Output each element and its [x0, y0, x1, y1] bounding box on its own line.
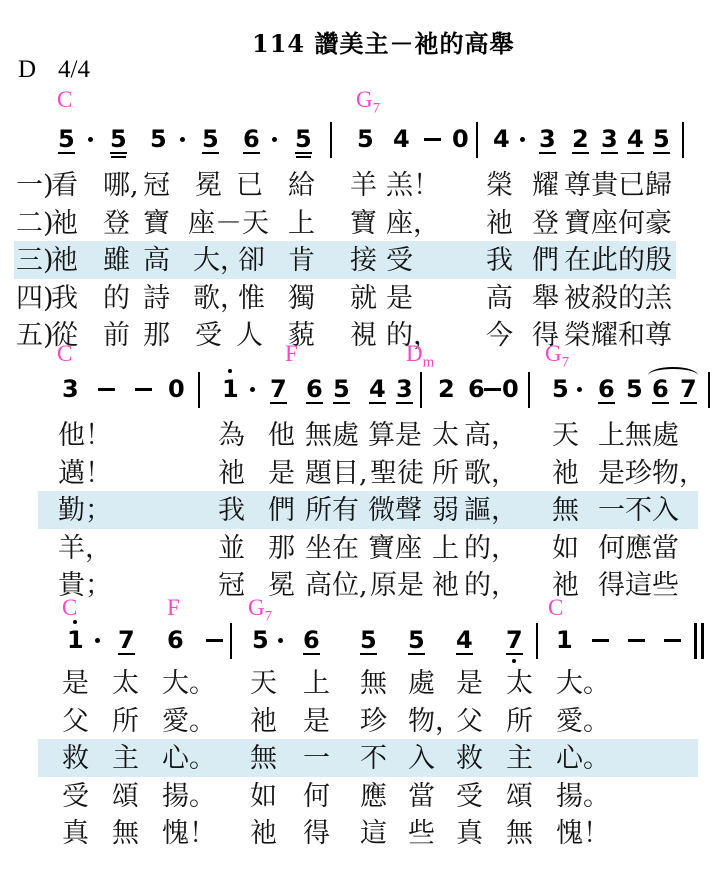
chord-symbol: Dm [406, 342, 434, 375]
lyric-segment: 冕 [195, 170, 222, 201]
lyric-segment: 大。 [162, 668, 216, 699]
note: 1 [556, 627, 573, 653]
lyric-segment: 父 [62, 706, 89, 737]
lyric-segment: 座， [386, 208, 440, 239]
lyric-segment: 是 [268, 458, 295, 489]
lyric-segment: 那 [268, 533, 295, 564]
lyric-segment: 耀 [532, 170, 559, 201]
duration-dash [424, 138, 441, 141]
lyric-segment: 無 [360, 668, 387, 699]
lyric-segment: 看 [51, 170, 78, 201]
chord-symbol: C [548, 596, 563, 620]
lyric-segment: 高 [486, 283, 513, 314]
lyric-segment: 主 [112, 743, 139, 774]
lyric-segment: 所有 [305, 495, 359, 526]
lyric-segment: 祂 [250, 706, 277, 737]
bar-line [198, 372, 200, 408]
lyric-segment: 雖 [103, 245, 130, 276]
lyric-segment: 無 [506, 818, 533, 849]
note: 6 [167, 627, 184, 653]
lyric-segment: 祂 [432, 570, 459, 601]
lyric-segment: 救 [456, 743, 483, 774]
bar-line [420, 372, 422, 408]
lyric-segment: 為 [218, 420, 245, 451]
lyric-row: 受頌揚。如何應當受頌揚。 [0, 778, 725, 815]
lyric-segment: 頌 [506, 781, 533, 812]
time-signature: 4/4 [58, 56, 90, 84]
lyric-segment: 是 [303, 706, 330, 737]
lyric-segment: 祂 [250, 818, 277, 849]
lyric-row: 四)我的詩歌，惟獨就是高舉被殺的羔 [0, 280, 725, 317]
lyric-row: 貴；冠冕高位,原是祂的，祂得這些 [0, 567, 725, 604]
lyric-segment: 邁！ [58, 458, 112, 489]
note: 5 [333, 376, 350, 404]
lyric-segment: 榮 [486, 170, 513, 201]
note: 7 [270, 376, 287, 404]
lyric-segment: 上無處 [598, 420, 679, 451]
lyric-segment: 真 [456, 818, 483, 849]
duration-dot [95, 638, 100, 643]
lyric-segment: 的 [103, 283, 130, 314]
lyric-segment: 真 [62, 818, 89, 849]
lyric-segment: 寶 [143, 208, 170, 239]
lyric-segment: 無 [250, 743, 277, 774]
lyric-segment: 們 [268, 495, 295, 526]
chord-symbol: G7 [356, 88, 380, 121]
lyric-segment: 得 [303, 818, 330, 849]
lyric-segment: 一) [16, 170, 54, 201]
note: 5 [653, 126, 670, 154]
lyric-segment: 一 [303, 743, 330, 774]
lyric-segment: 歌， [464, 458, 518, 489]
duration-dot [88, 137, 93, 142]
lyric-segment: 愧！ [162, 818, 216, 849]
lyric-segment: 已 [236, 170, 263, 201]
lyric-segment: 接 [350, 245, 377, 276]
chord-symbol: F [285, 342, 298, 366]
lyric-segment: 高， [464, 420, 518, 451]
bar-line [476, 122, 478, 158]
lyric-segment: 並 [218, 533, 245, 564]
bar-line [230, 623, 232, 659]
bar-line [682, 122, 684, 158]
lyric-segment: 無 [552, 495, 579, 526]
note: 4 [369, 376, 386, 404]
lyric-segment: 詩 [143, 283, 170, 314]
chord-subscript: 7 [373, 101, 381, 117]
lyric-segment: 入 [408, 743, 435, 774]
lyric-segment: 受 [456, 781, 483, 812]
note: 5 [357, 126, 374, 152]
note: 5 [110, 126, 127, 154]
lyric-segment: 坐在 [305, 533, 359, 564]
lyric-segment: 所 [112, 706, 139, 737]
note: 5 [202, 126, 219, 154]
key-signature: D [18, 56, 36, 84]
lyric-segment: 肯 [288, 245, 315, 276]
lyric-segment: 他 [268, 420, 295, 451]
note: 0 [452, 126, 469, 152]
chord-symbol: C [57, 342, 72, 366]
lyric-segment: 那 [143, 320, 170, 351]
lyric-segment: 座－天 [188, 208, 269, 239]
lyric-segment: 四) [16, 283, 54, 314]
lyric-segment: 上 [432, 533, 459, 564]
lyric-segment: 們 [532, 245, 559, 276]
note: 5 [360, 627, 377, 655]
lyric-segment: 救 [62, 743, 89, 774]
lyric-segment: 惟 [238, 283, 265, 314]
lyric-segment: 哪, [103, 170, 139, 201]
lyric-segment: 愛。 [162, 706, 216, 737]
note: 5 [626, 376, 643, 402]
lyric-row: 二)祂登寶座－天上寶座，祂登寶座何豪 [0, 205, 725, 242]
lyric-segment: 高位, [305, 570, 368, 601]
lyric-segment: 的， [464, 570, 518, 601]
lyric-segment: 冠 [218, 570, 245, 601]
note: 2 [438, 376, 455, 402]
lyric-segment: 祂 [552, 458, 579, 489]
lyric-segment: 五) [16, 320, 54, 351]
lyric-segment: 給 [288, 170, 315, 201]
note: 3 [539, 126, 556, 154]
bar-line [536, 623, 538, 659]
note: 7 [506, 627, 523, 655]
chord-subscript: m [423, 355, 435, 371]
lyric-segment: 原是 [370, 570, 424, 601]
note: 5 [295, 126, 312, 154]
chord-symbol: C [57, 88, 72, 112]
chord-symbol: F [167, 596, 180, 620]
note: 2 [572, 126, 589, 154]
lyric-segment: 登 [532, 208, 559, 239]
chord-symbol: G7 [248, 596, 272, 629]
lyric-segment: 心。 [556, 743, 610, 774]
note: 6 [306, 376, 323, 404]
duration-dash [628, 639, 645, 642]
lyric-segment: 揚。 [556, 781, 610, 812]
lyric-segment: 祂 [218, 458, 245, 489]
lyric-segment: 羔！ [386, 170, 440, 201]
lyric-row: 他！為他無處算是太高，天上無處 [0, 417, 725, 454]
lyric-segment: 頌 [112, 781, 139, 812]
lyric-row: 五)從前那受人藐視的，今得榮耀和尊 [0, 317, 725, 354]
note: 6 [468, 376, 485, 402]
lyric-segment: 微聲 [368, 495, 422, 526]
lyric-segment: 上 [288, 208, 315, 239]
lyric-segment: 心。 [162, 743, 216, 774]
lyric-segment: 天 [552, 420, 579, 451]
lyric-segment: 揚。 [162, 781, 216, 812]
note: 6 [598, 376, 615, 404]
lyric-segment: 聖徒 [370, 458, 424, 489]
lyric-segment: 愛。 [556, 706, 610, 737]
duration-dot [577, 387, 582, 392]
note: 0 [502, 376, 519, 402]
lyric-segment: 冠 [143, 170, 170, 201]
lyric-segment: 珍 [360, 706, 387, 737]
note: 5 [552, 376, 569, 402]
chord-symbol: G7 [545, 342, 569, 375]
lyric-segment: 太 [506, 668, 533, 699]
note: 4 [456, 627, 473, 655]
lyric-segment: 我 [486, 245, 513, 276]
lyric-segment: 受 [195, 320, 222, 351]
lyric-segment: 羊， [58, 533, 112, 564]
lyric-segment: 舉 [532, 283, 559, 314]
note: 4 [393, 126, 410, 152]
note: 7 [118, 627, 135, 655]
lyric-segment: 我 [51, 283, 78, 314]
note: 3 [396, 376, 413, 404]
lyric-segment: 獨 [288, 283, 315, 314]
lyric-segment: 何應當 [598, 533, 679, 564]
duration-dot [278, 638, 283, 643]
duration-dot [520, 137, 525, 142]
lyric-segment: 我 [218, 495, 245, 526]
lyric-segment: 視 [350, 320, 377, 351]
lyric-segment: 些 [408, 818, 435, 849]
duration-dash [98, 388, 115, 391]
lyric-segment: 如 [250, 781, 277, 812]
lyric-segment: 弱 [432, 495, 459, 526]
lyric-segment: 在此的殷 [564, 245, 672, 276]
lyric-segment: 是 [386, 283, 413, 314]
note: 5 [58, 126, 75, 154]
lyric-segment: 的， [464, 533, 518, 564]
note: 5 [150, 126, 167, 152]
lyric-segment: 上 [303, 668, 330, 699]
lyric-segment: 這 [360, 818, 387, 849]
lyric-segment: 得這些 [598, 570, 679, 601]
lyric-segment: 登 [103, 208, 130, 239]
lyric-segment: 是 [62, 668, 89, 699]
lyric-segment: 是珍物， [598, 458, 706, 489]
lyric-segment: 被殺的羔 [564, 283, 672, 314]
hymn-sheet: 114 讚美主－祂的高舉 D 4/4 CG7555565540432345一)看… [0, 0, 725, 891]
lyric-segment: 無處 [305, 420, 359, 451]
lyric-segment: 三) [16, 245, 54, 276]
lyric-row: 勤；我們所有微聲弱謳，無一不入 [0, 492, 725, 529]
lyric-segment: 大。 [556, 668, 610, 699]
note: 5 [408, 627, 425, 655]
lyric-row: 救主心。無一不入救主心。 [0, 740, 725, 777]
page-title: 114 讚美主－祂的高舉 [252, 24, 514, 59]
lyric-segment: 愧！ [556, 818, 610, 849]
lyric-row: 父所愛。祂是珍物，父所愛。 [0, 703, 725, 740]
note: 4 [493, 126, 510, 152]
lyric-segment: 寶 [350, 208, 377, 239]
lyric-segment: 他！ [58, 420, 112, 451]
lyric-segment: 前 [103, 320, 130, 351]
duration-dash [135, 388, 152, 391]
lyric-row: 三)祂雖高大，卻肯接受我們在此的殷 [0, 242, 725, 279]
bar-line [708, 372, 710, 408]
note: 1 [67, 627, 84, 653]
note: 4 [627, 126, 644, 154]
chord-subscript: 7 [265, 609, 273, 625]
lyric-segment: 處 [408, 668, 435, 699]
note: 1 [222, 376, 239, 402]
bar-line [330, 122, 332, 158]
note: 0 [168, 376, 185, 402]
lyric-segment: 算是 [368, 420, 422, 451]
lyric-segment: 卻 [238, 245, 265, 276]
lyric-segment: 何 [303, 781, 330, 812]
lyric-segment: 受 [62, 781, 89, 812]
lyric-row: 羊，並那坐在寶座上的，如何應當 [0, 530, 725, 567]
lyric-segment: 所 [432, 458, 459, 489]
lyric-segment: 如 [552, 533, 579, 564]
duration-dot [180, 137, 185, 142]
lyric-segment: 謳， [464, 495, 518, 526]
note: 5 [252, 627, 269, 653]
lyric-segment: 不 [360, 743, 387, 774]
slur-arc [648, 367, 698, 384]
note: 3 [62, 376, 79, 402]
lyric-segment: 太 [432, 420, 459, 451]
lyric-segment: 二) [16, 208, 54, 239]
duration-dash [592, 639, 609, 642]
note: 3 [601, 126, 618, 154]
lyric-segment: 一不入 [598, 495, 679, 526]
lyric-segment: 高 [143, 245, 170, 276]
lyric-segment: 受 [386, 245, 413, 276]
duration-dot [272, 137, 277, 142]
note: 6 [243, 126, 260, 154]
lyric-segment: 當 [408, 781, 435, 812]
duration-dot [250, 387, 255, 392]
lyric-segment: 祂 [51, 208, 78, 239]
lyric-segment: 父 [456, 706, 483, 737]
note: 6 [303, 627, 320, 655]
lyric-segment: 應 [360, 781, 387, 812]
lyric-segment: 寶座 [368, 533, 422, 564]
duration-dash [206, 639, 223, 642]
lyric-segment: 祂 [486, 208, 513, 239]
lyric-segment: 榮耀和尊 [564, 320, 672, 351]
duration-dash [664, 639, 681, 642]
lyric-segment: 所 [506, 706, 533, 737]
lyric-segment: 勤； [58, 495, 112, 526]
bar-line [528, 372, 530, 408]
lyric-segment: 太 [112, 668, 139, 699]
duration-dash [484, 388, 501, 391]
lyric-segment: 就 [350, 283, 377, 314]
lyric-segment: 今 [486, 320, 513, 351]
lyric-segment: 物， [408, 706, 462, 737]
chord-symbol: C [62, 596, 77, 620]
lyric-row: 真無愧！祂得這些真無愧！ [0, 815, 725, 852]
lyric-segment: 羊 [350, 170, 377, 201]
chord-subscript: 7 [562, 355, 570, 371]
lyric-row: 是太大。天上無處是太大。 [0, 665, 725, 702]
lyric-segment: 祂 [51, 245, 78, 276]
lyric-segment: 寶座何豪 [564, 208, 672, 239]
lyric-segment: 主 [506, 743, 533, 774]
lyric-row: 邁！祂是題目,聖徒所歌，祂是珍物， [0, 455, 725, 492]
lyric-segment: 是 [456, 668, 483, 699]
lyric-segment: 天 [250, 668, 277, 699]
final-bar-line [694, 623, 704, 659]
lyric-segment: 題目, [305, 458, 368, 489]
lyric-segment: 尊貴已歸 [564, 170, 672, 201]
lyric-segment: 無 [112, 818, 139, 849]
lyric-row: 一)看哪,冠冕已給羊羔！榮耀尊貴已歸 [0, 167, 725, 204]
lyric-segment: 人 [236, 320, 263, 351]
